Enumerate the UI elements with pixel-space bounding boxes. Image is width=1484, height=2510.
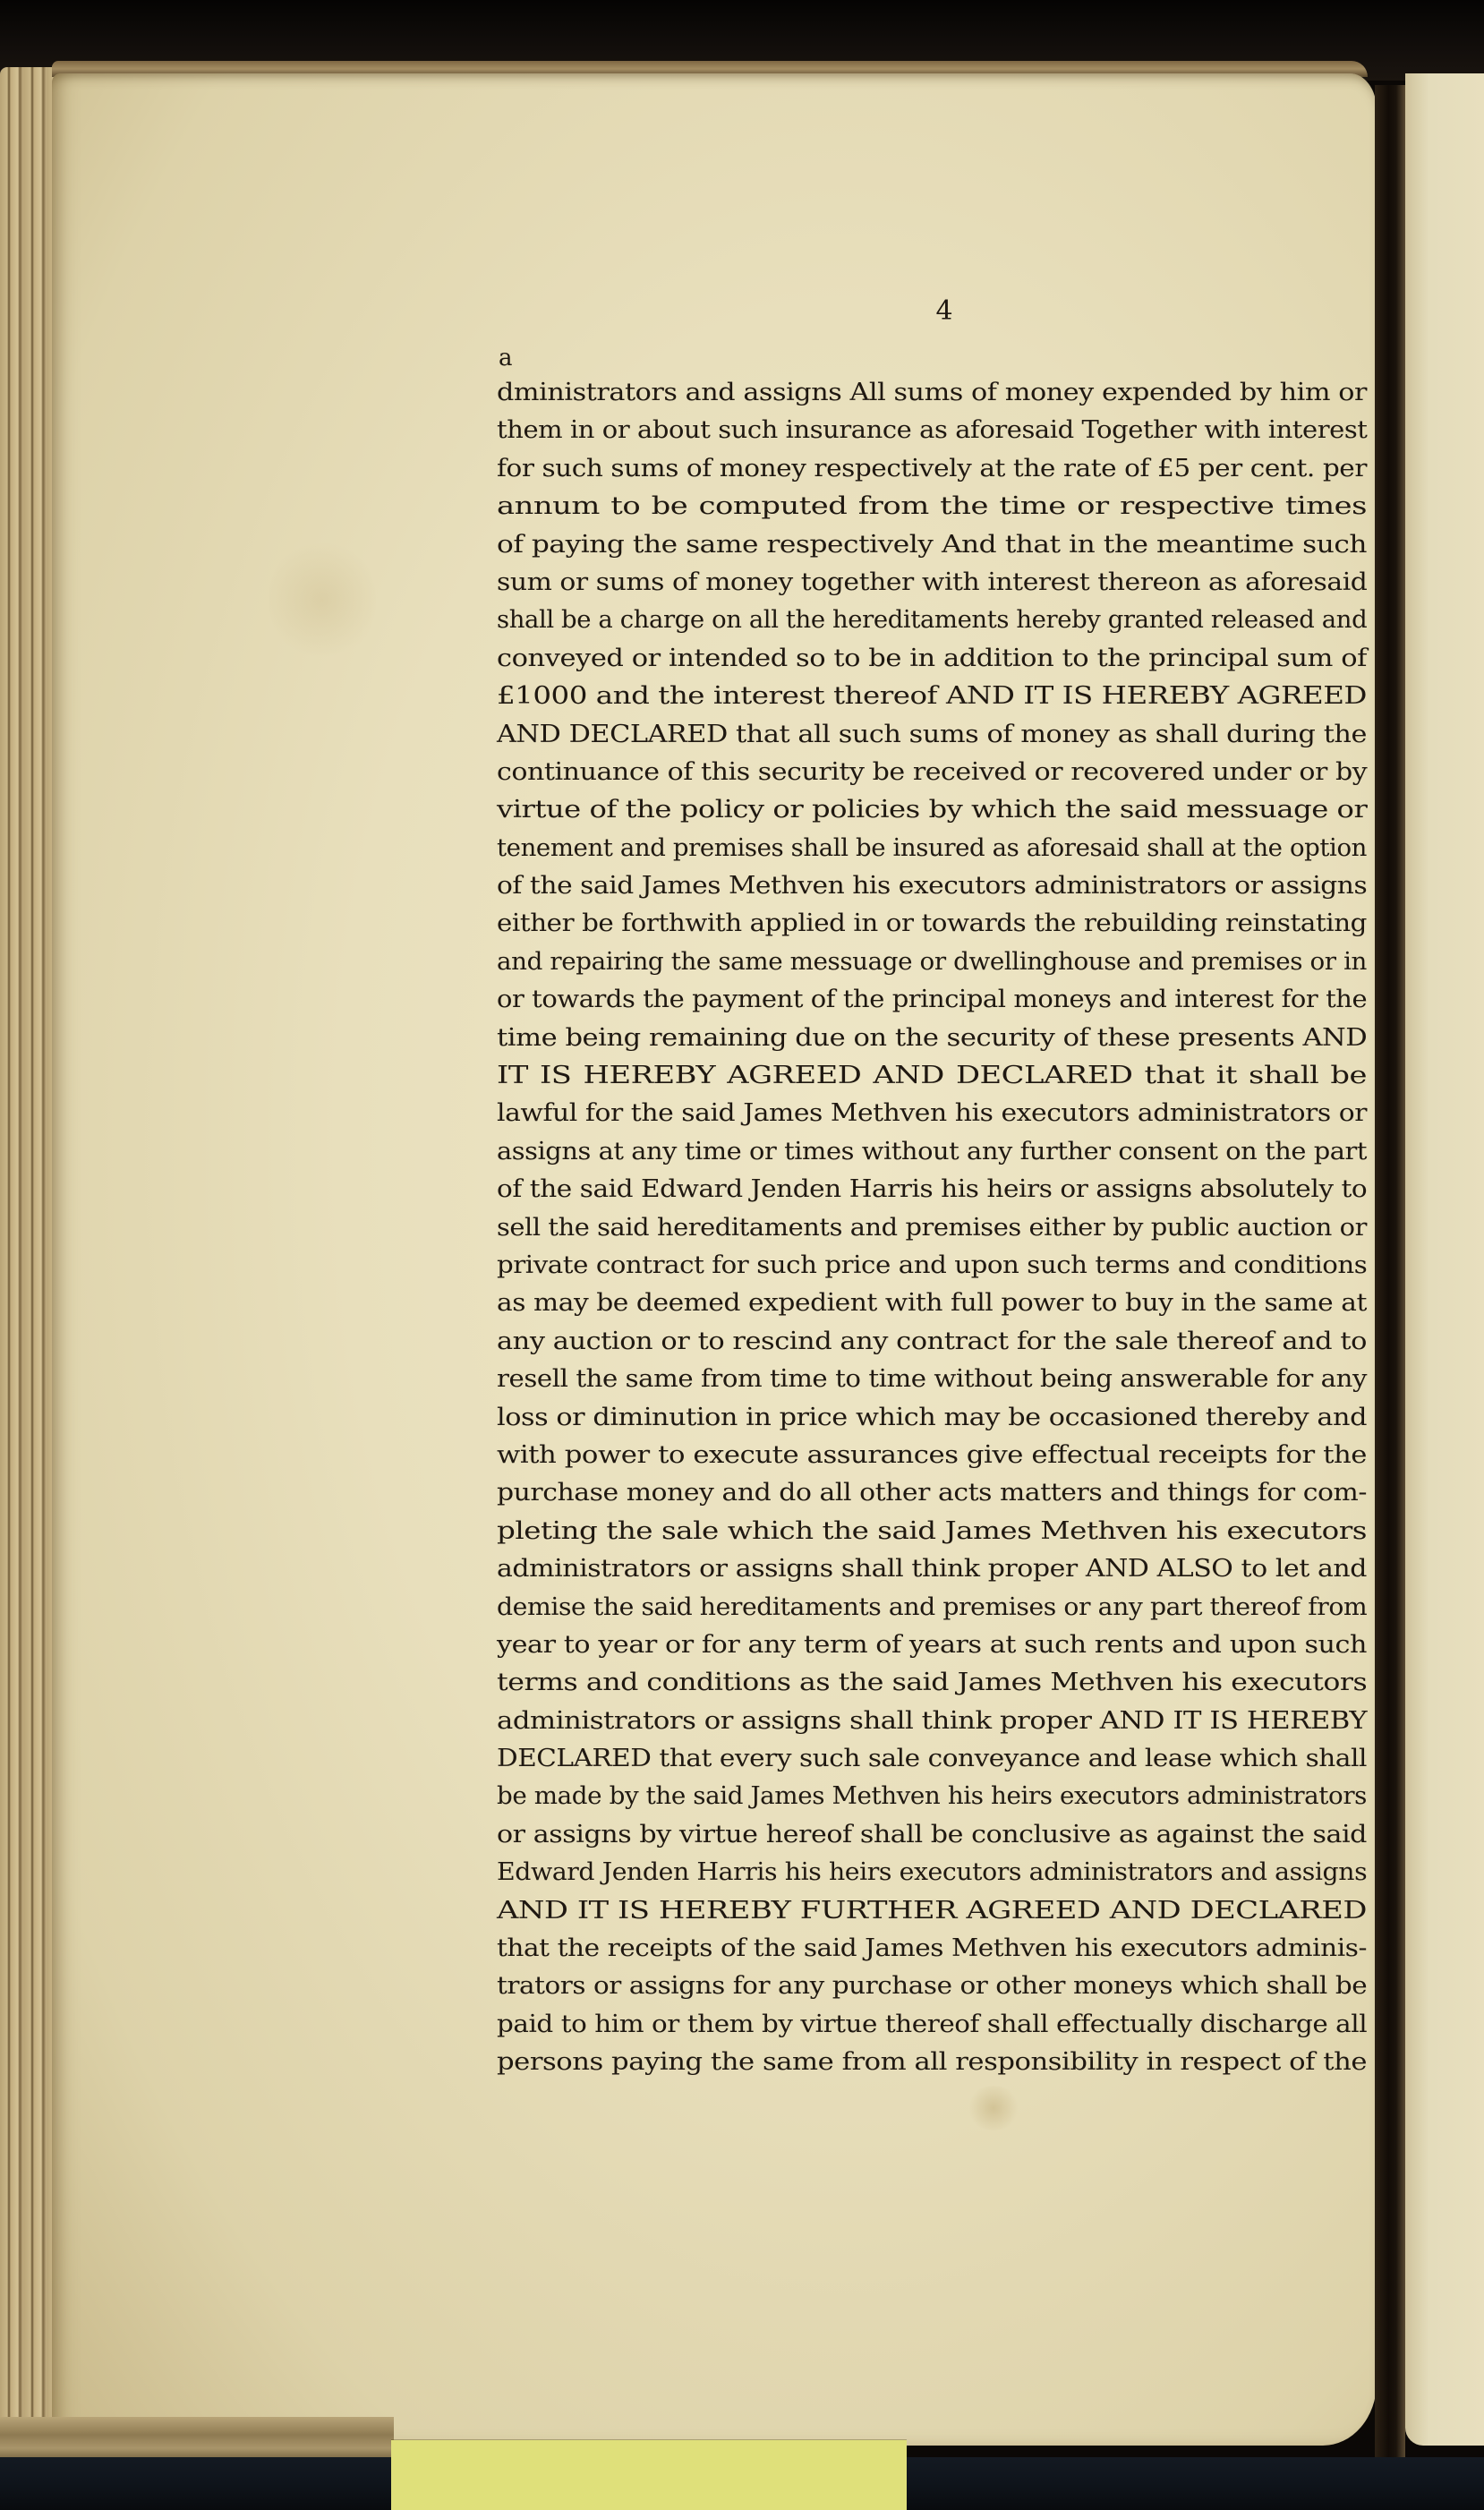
text-line: sum or sums of money together with inter… (497, 564, 1367, 602)
dropcap-fragment: a (497, 342, 1367, 374)
page-stack-bottom (0, 2417, 394, 2462)
text-line: either be forthwith applied in or toward… (497, 905, 1367, 943)
paper-stain (967, 2086, 1020, 2130)
text-line: shall be a charge on all the hereditamen… (497, 602, 1367, 639)
text-line: of the said Edward Jenden Harris his hei… (497, 1171, 1367, 1208)
text-line: tenement and premises shall be insured a… (497, 830, 1367, 867)
text-line: £1000 and the interest thereof AND IT IS… (497, 678, 1367, 715)
text-line: administrators or assigns shall think pr… (497, 1550, 1367, 1588)
text-line: and repairing the same messuage or dwell… (497, 943, 1367, 981)
text-line: continuance of this security be received… (497, 754, 1367, 791)
text-line: any auction or to rescind any contract f… (497, 1323, 1367, 1361)
page-number: 4 (931, 295, 958, 327)
text-line: year to year or for any term of years at… (497, 1626, 1367, 1664)
paper-stain (269, 537, 376, 662)
text-line: or towards the payment of the principal … (497, 981, 1367, 1019)
text-line: annum to be computed from the time or re… (497, 488, 1367, 525)
text-line: with power to execute assurances give ef… (497, 1437, 1367, 1474)
text-line: dministrators and assigns All sums of mo… (497, 374, 1367, 412)
text-line: pleting the sale which the said James Me… (497, 1513, 1367, 1550)
text-line: that the receipts of the said James Meth… (497, 1930, 1367, 1968)
text-line: for such sums of money respectively at t… (497, 450, 1367, 488)
text-line: terms and conditions as the said James M… (497, 1664, 1367, 1702)
text-line: conveyed or intended so to be in additio… (497, 640, 1367, 678)
text-line: persons paying the same from all respons… (497, 2044, 1367, 2081)
text-line: purchase money and do all other acts mat… (497, 1474, 1367, 1512)
text-line: Edward Jenden Harris his heirs executors… (497, 1854, 1367, 1891)
text-line: virtue of the policy or policies by whic… (497, 791, 1367, 829)
text-line: of paying the same respectively And that… (497, 526, 1367, 564)
text-line: IT IS HEREBY AGREED AND DECLARED that it… (497, 1057, 1367, 1095)
text-line: them in or about such insurance as afore… (497, 412, 1367, 449)
text-line: AND DECLARED that all such sums of money… (497, 716, 1367, 754)
next-page-edge (1405, 73, 1484, 2446)
text-line: or assigns by virtue hereof shall be con… (497, 1816, 1367, 1854)
text-line: lawful for the said James Methven his ex… (497, 1095, 1367, 1132)
text-line: administrators or assigns shall think pr… (497, 1703, 1367, 1740)
text-line: assigns at any time or times without any… (497, 1133, 1367, 1171)
document-body: a dministrators and assigns All sums of … (497, 342, 1367, 2082)
text-line: demise the said hereditaments and premis… (497, 1589, 1367, 1626)
text-line: time being remaining due on the security… (497, 1020, 1367, 1057)
text-line: trators or assigns for any purchase or o… (497, 1968, 1367, 2005)
text-line: paid to him or them by virtue thereof sh… (497, 2006, 1367, 2044)
book-gutter (1375, 85, 1405, 2457)
text-line: of the said James Methven his executors … (497, 867, 1367, 905)
text-lines: dministrators and assigns All sums of mo… (497, 374, 1367, 2082)
text-line: be made by the said James Methven his he… (497, 1778, 1367, 1815)
text-line: resell the same from time to time withou… (497, 1361, 1367, 1398)
sticky-note (391, 2440, 907, 2510)
text-line: DECLARED that every such sale conveyance… (497, 1740, 1367, 1778)
text-line: as may be deemed expedient with full pow… (497, 1285, 1367, 1322)
text-line: AND IT IS HEREBY FURTHER AGREED AND DECL… (497, 1892, 1367, 1930)
text-line: private contract for such price and upon… (497, 1247, 1367, 1285)
text-line: loss or diminution in price which may be… (497, 1399, 1367, 1437)
text-line: sell the said hereditaments and premises… (497, 1209, 1367, 1247)
